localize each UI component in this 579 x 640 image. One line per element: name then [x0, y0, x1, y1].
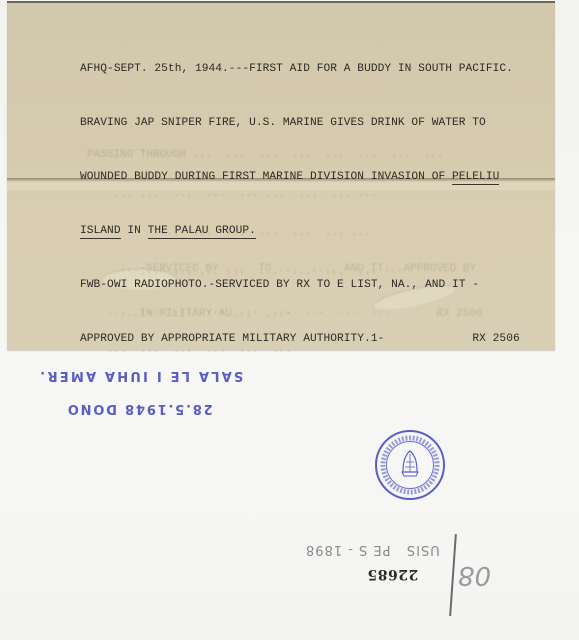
- catalog-number-stamp: 22685: [367, 566, 418, 582]
- pencil-reference-note: USIS PE S - 1898: [305, 542, 440, 557]
- caption-line-2: BRAVING JAP SNIPER FIRE, U.S. MARINE GIV…: [80, 114, 550, 132]
- caption-line-3: WOUNDED BUDDY DURING FIRST MARINE DIVISI…: [80, 168, 550, 186]
- bleed-through-text-lower: ...-SERVICED BY ... TO ... ..., AND IT..…: [80, 232, 550, 337]
- underlined-peleliu: PELELIU: [452, 171, 499, 185]
- ghost-line-1: ...-SERVICED BY ... TO ... ..., AND IT..…: [80, 262, 550, 277]
- archive-name-stamp: SALA LE I IUHA AMER.: [38, 368, 243, 383]
- seal-emblem-icon: [401, 450, 419, 478]
- caption-line-3-text: WOUNDED BUDDY DURING FIRST MARINE DIVISI…: [80, 171, 452, 183]
- caption-line-1: AFHQ-SEPT. 25th, 1944.---FIRST AID FOR A…: [80, 60, 550, 78]
- ghost-line-2: ...IN MILITARY AU... ...- RX 2506: [80, 307, 550, 322]
- handwritten-mark: 08: [458, 560, 491, 590]
- institution-seal-stamp: [375, 430, 445, 500]
- date-dono-stamp: 28.5.1948 DONO: [66, 401, 213, 416]
